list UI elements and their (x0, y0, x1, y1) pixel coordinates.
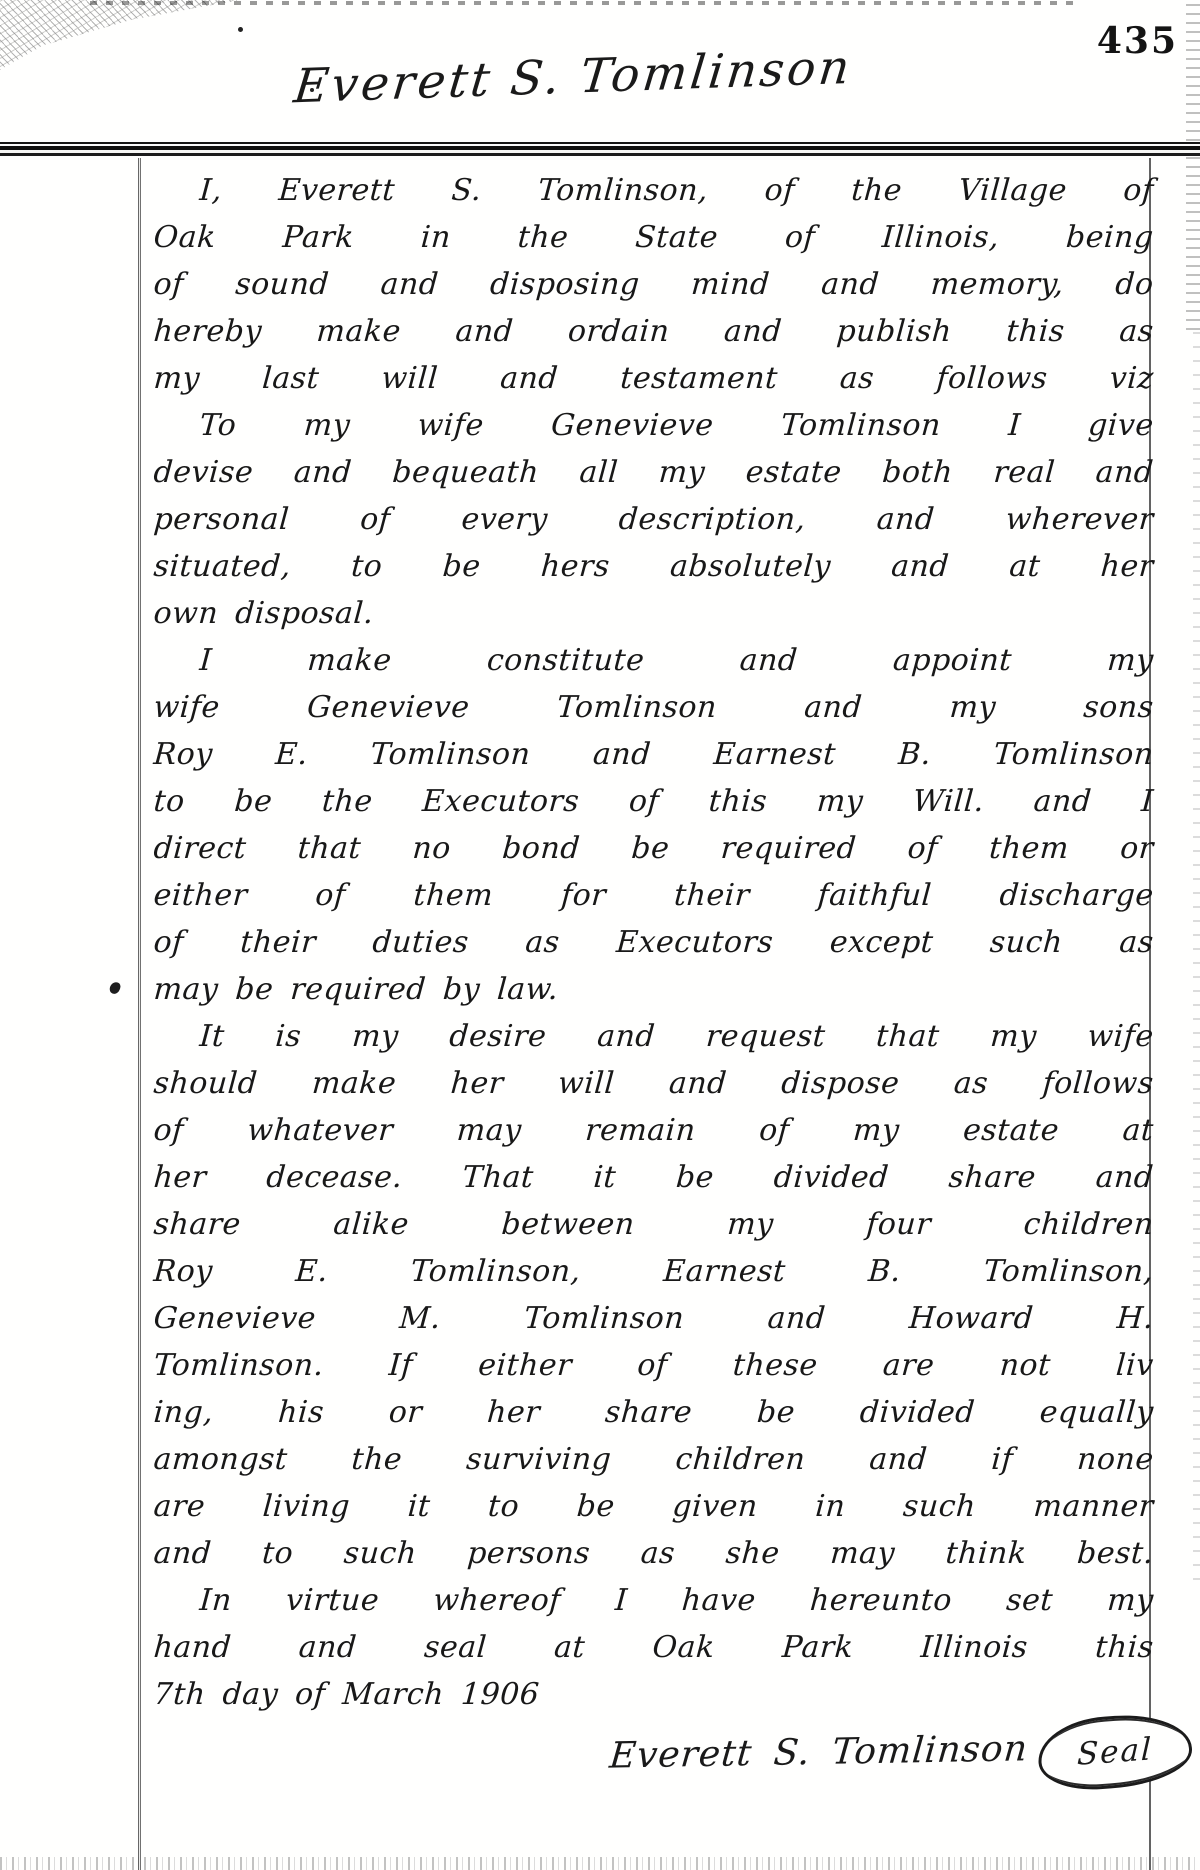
handwritten-line: I, Everett S. Tomlinson, of the Village … (152, 167, 1155, 214)
header-double-rule (0, 141, 1200, 158)
handwritten-line: I make constitute and appoint my (152, 637, 1155, 684)
document-body: I, Everett S. Tomlinson, of the Village … (152, 167, 1152, 1718)
scan-noise-top-left-corner (0, 0, 240, 70)
scan-noise-right-edge (1193, 330, 1200, 1580)
handwritten-line: wife Genevieve Tomlinson and my sons (152, 684, 1155, 731)
handwritten-line: In virtue whereof I have hereunto set my (152, 1577, 1155, 1624)
handwritten-line: Roy E. Tomlinson and Earnest B. Tomlinso… (152, 731, 1155, 778)
handwritten-line: Tomlinson. If either of these are not li… (152, 1342, 1155, 1389)
handwritten-line: her decease. That it be divided share an… (152, 1154, 1155, 1201)
handwritten-line: are living it to be given in such manner (152, 1483, 1155, 1530)
left-margin-line (138, 158, 142, 1870)
handwritten-line: direct that no bond be required of them … (152, 825, 1155, 872)
signature-line: Everett S. Tomlinson Seal (152, 1712, 1192, 1792)
page-number: 435 (1097, 20, 1178, 62)
handwritten-line: of whatever may remain of my estate at (152, 1107, 1155, 1154)
handwritten-line: 7th day of March 1906 (152, 1671, 1155, 1718)
handwritten-line: ing, his or her share be divided equally (152, 1389, 1155, 1436)
ink-speck (238, 27, 243, 32)
handwritten-line: hereby make and ordain and publish this … (152, 308, 1155, 355)
handwritten-line: To my wife Genevieve Tomlinson I give (152, 402, 1155, 449)
handwritten-line: may be required by law. (152, 966, 1155, 1013)
handwritten-line: devise and bequeath all my estate both r… (152, 449, 1155, 496)
scan-noise-top-streak (90, 1, 1080, 5)
handwritten-line: either of them for their faithful discha… (152, 872, 1155, 919)
handwritten-line: It is my desire and request that my wife (152, 1013, 1155, 1060)
handwritten-line: to be the Executors of this my Will. and… (152, 778, 1155, 825)
handwritten-line: amongst the surviving children and if no… (152, 1436, 1155, 1483)
seal-stamp: Seal (1036, 1711, 1195, 1794)
handwritten-line: and to such persons as she may think bes… (152, 1530, 1155, 1577)
handwritten-line: own disposal. (152, 590, 1155, 637)
handwritten-line: my last will and testament as follows vi… (152, 355, 1155, 402)
handwritten-line: Genevieve M. Tomlinson and Howard H. (152, 1295, 1155, 1342)
margin-ink-mark (108, 981, 121, 996)
handwritten-line: Oak Park in the State of Illinois, being (152, 214, 1155, 261)
handwritten-line: Roy E. Tomlinson, Earnest B. Tomlinson, (152, 1248, 1155, 1295)
handwritten-line: of sound and disposing mind and memory, … (152, 261, 1155, 308)
handwritten-line: situated, to be hers absolutely and at h… (152, 543, 1155, 590)
signature-text: Everett S. Tomlinson (608, 1728, 1030, 1776)
scanned-will-page: 435 Everett S. Tomlinson I, Everett S. T… (0, 0, 1200, 1870)
handwritten-line: of their duties as Executors except such… (152, 919, 1155, 966)
handwritten-line: should make her will and dispose as foll… (152, 1060, 1155, 1107)
handwritten-line: share alike between my four children (152, 1201, 1155, 1248)
scan-noise-bottom-edge (0, 1857, 1200, 1870)
scan-noise-top-right-edge (1186, 0, 1200, 330)
handwritten-line: personal of every description, and where… (152, 496, 1155, 543)
handwritten-line: hand and seal at Oak Park Illinois this (152, 1624, 1155, 1671)
document-title: Everett S. Tomlinson (291, 45, 719, 115)
seal-label: Seal (1076, 1731, 1153, 1772)
